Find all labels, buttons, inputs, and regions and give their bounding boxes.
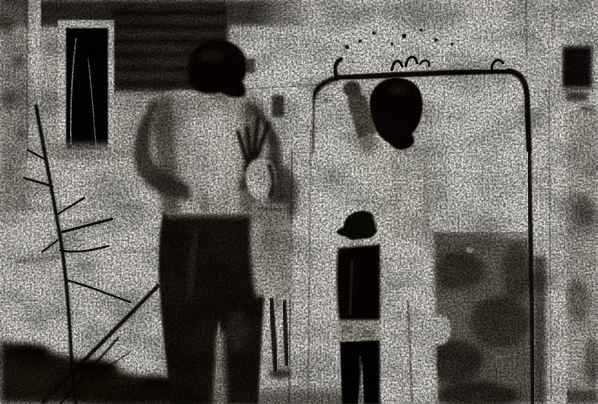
grain-light <box>0 0 598 404</box>
photo <box>0 0 598 404</box>
photo-canvas <box>0 0 598 404</box>
